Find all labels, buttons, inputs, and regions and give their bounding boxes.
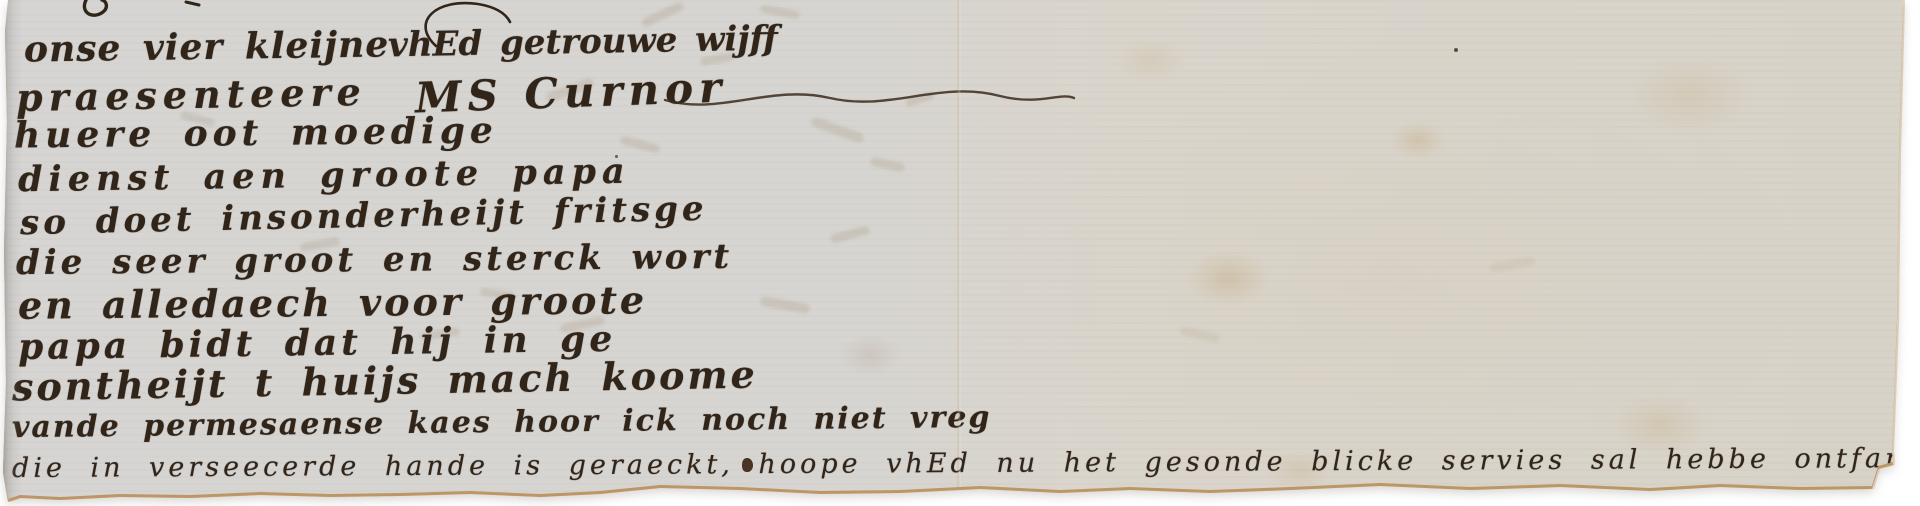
fold-crease — [957, 0, 961, 506]
bleed-mark — [760, 296, 811, 315]
signature-flourish — [660, 82, 1080, 122]
left-edge-shadow — [0, 0, 22, 506]
manuscript-line: die in verseecerde hande is geraeckt, ho… — [12, 443, 1920, 484]
manuscript-line: onse vier kleijne — [24, 23, 390, 70]
bleed-mark — [1490, 256, 1536, 273]
valediction-line: vhEd getrouwe wijff — [388, 19, 778, 66]
bleed-mark — [760, 5, 801, 20]
manuscript-paper: onse vier kleijne praesenteere huere oot… — [0, 0, 1920, 506]
bleed-mark — [1180, 326, 1221, 343]
manuscript-line: die seer groot en sterck wort — [16, 237, 733, 283]
ink-speck — [1454, 48, 1458, 52]
manuscript-scan: { "scan": { "background_color": "#ffffff… — [0, 0, 1920, 506]
bleed-mark — [869, 156, 905, 172]
bleed-mark — [830, 225, 871, 244]
paper-wrapper: onse vier kleijne praesenteere huere oot… — [0, 0, 1920, 506]
